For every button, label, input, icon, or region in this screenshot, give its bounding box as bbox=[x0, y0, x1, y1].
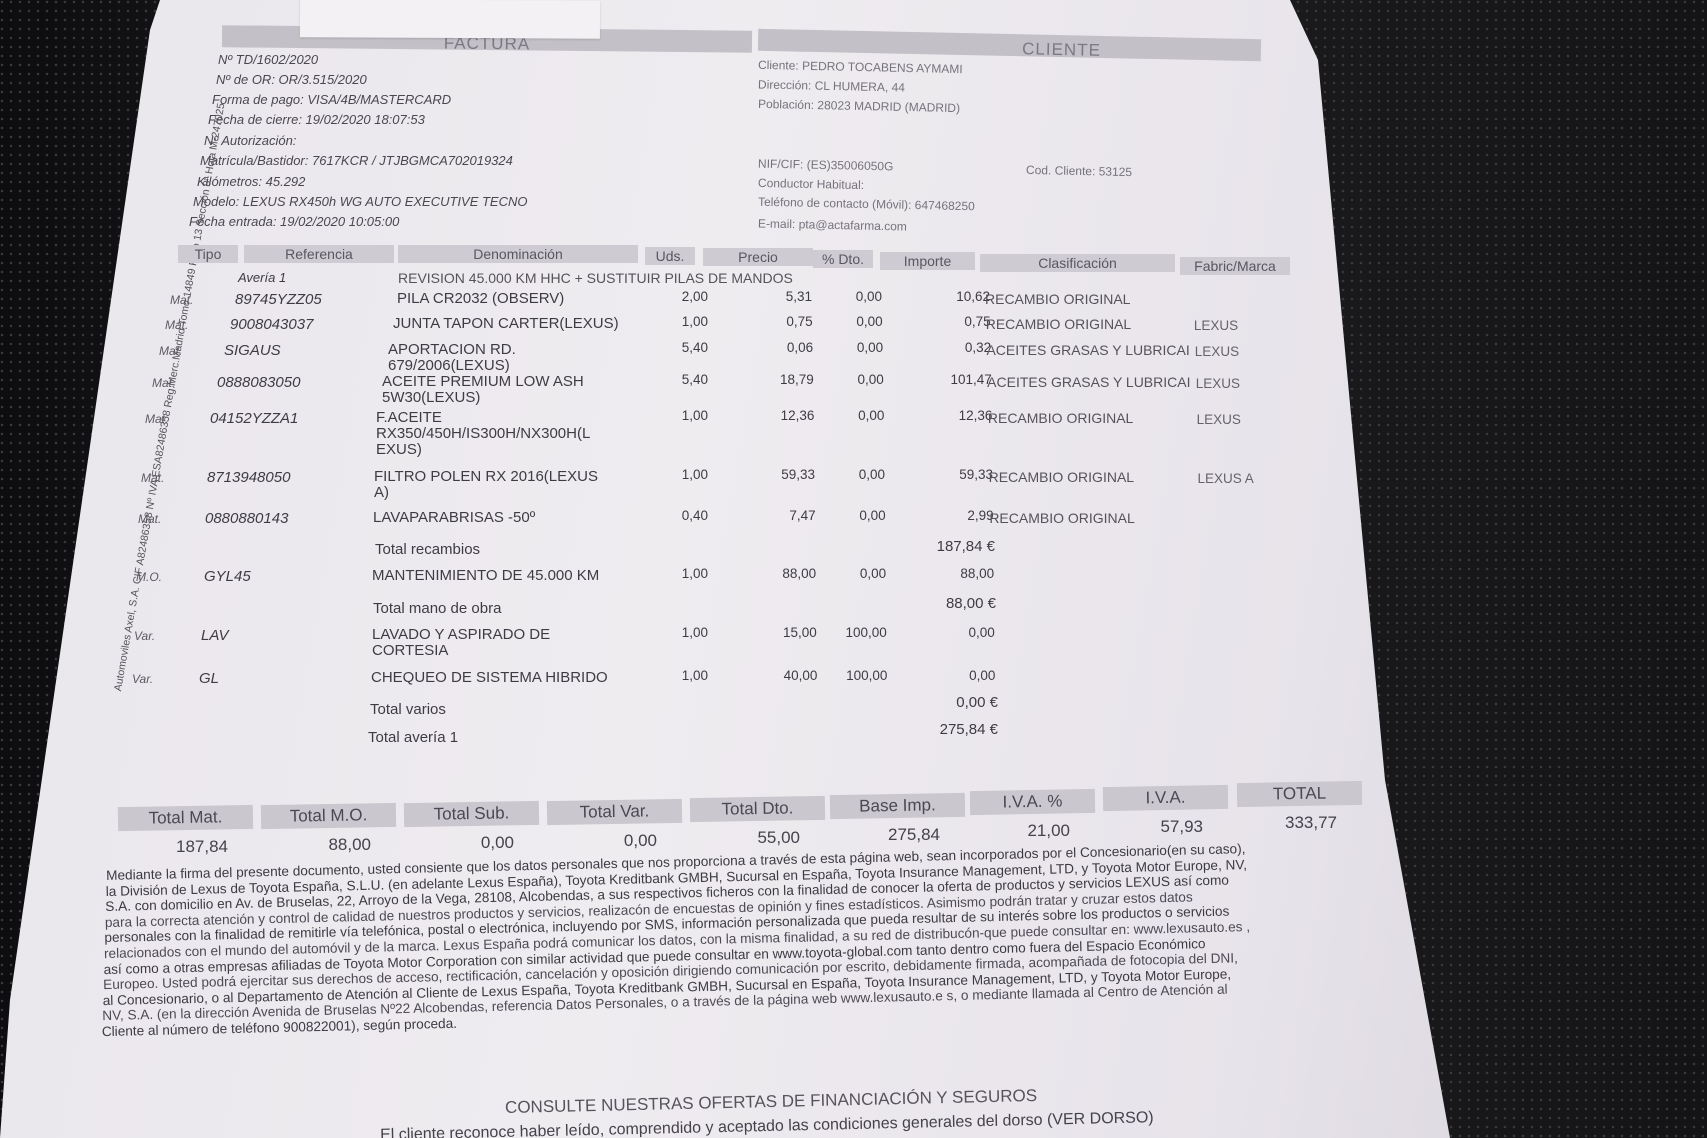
column-header-0: Tipo bbox=[178, 245, 238, 263]
cliente-section-title: CLIENTE bbox=[1022, 39, 1101, 61]
summary-header-4: Total Dto. bbox=[690, 796, 825, 822]
row-type: Mat. bbox=[141, 471, 164, 485]
row-reference: 9008043037 bbox=[230, 316, 313, 333]
column-header-4: Precio bbox=[703, 248, 813, 266]
row-amount: 59,33 bbox=[923, 467, 993, 482]
summary-header-0: Total Mat. bbox=[118, 805, 253, 831]
row-discount: 0,00 bbox=[823, 340, 883, 355]
row-price: 5,31 bbox=[752, 289, 812, 304]
row-type: Mat. bbox=[152, 376, 175, 390]
row-discount: 0,00 bbox=[825, 467, 885, 482]
summary-value-8: 333,77 bbox=[1237, 813, 1337, 833]
total-varios-label: Total varios bbox=[370, 701, 446, 718]
row-discount: 0,00 bbox=[822, 289, 882, 304]
column-header-5: % Dto. bbox=[813, 250, 873, 268]
averia-description: REVISION 45.000 KM HHC + SUSTITUIR PILAS… bbox=[398, 270, 793, 286]
row-discount: 0,00 bbox=[824, 408, 884, 423]
row-discount: 0,00 bbox=[823, 314, 883, 329]
row-brand: LEXUS bbox=[1194, 318, 1238, 333]
total-recambios-value: 187,84 € bbox=[905, 538, 995, 555]
row-reference: 8713948050 bbox=[207, 469, 290, 486]
row-price: 40,00 bbox=[757, 668, 817, 683]
row-description: ACEITE PREMIUM LOW ASH5W30(LEXUS) bbox=[382, 374, 584, 406]
summary-header-6: I.V.A. % bbox=[970, 789, 1095, 815]
row-discount: 100,00 bbox=[827, 668, 887, 683]
row-description: FILTRO POLEN RX 2016(LEXUSA) bbox=[374, 469, 598, 501]
row-type: Mat. bbox=[159, 344, 182, 358]
row-type: Var. bbox=[134, 629, 155, 643]
row-classification: RECAMBIO ORIGINAL bbox=[989, 510, 1134, 526]
row-amount: 0,32 bbox=[921, 340, 991, 355]
row-type: Mat. bbox=[170, 293, 193, 307]
row-price: 0,06 bbox=[753, 340, 813, 355]
row-discount: 100,00 bbox=[827, 625, 887, 640]
row-discount: 0,00 bbox=[826, 508, 886, 523]
row-units: 1,00 bbox=[648, 408, 708, 423]
row-reference: 04152YZZA1 bbox=[210, 410, 298, 427]
summary-header-3: Total Var. bbox=[547, 799, 682, 825]
row-reference: SIGAUS bbox=[224, 342, 281, 359]
row-units: 0,40 bbox=[648, 508, 708, 523]
row-units: 5,40 bbox=[648, 340, 708, 355]
column-header-8: Fabric/Marca bbox=[1180, 257, 1290, 275]
row-units: 2,00 bbox=[648, 289, 708, 304]
entry-date: Fecha entrada: 19/02/2020 10:05:00 bbox=[189, 214, 399, 229]
paper-sticker bbox=[300, 0, 600, 39]
row-price: 18,79 bbox=[754, 372, 814, 387]
total-mano-obra-label: Total mano de obra bbox=[373, 600, 501, 617]
row-amount: 0,00 bbox=[925, 625, 995, 640]
row-type: Mat. bbox=[138, 512, 161, 526]
row-amount: 0,00 bbox=[925, 668, 995, 683]
row-classification: RECAMBIO ORIGINAL bbox=[988, 410, 1133, 426]
row-reference: 0888083050 bbox=[217, 374, 300, 391]
row-amount: 0,75 bbox=[921, 314, 991, 329]
payment-method: Forma de pago: VISA/4B/MASTERCARD bbox=[212, 92, 451, 107]
row-amount: 2,99 bbox=[924, 508, 994, 523]
client-nif: NIF/CIF: (ES)35006050G bbox=[758, 157, 894, 174]
column-header-7: Clasificación bbox=[980, 254, 1175, 272]
row-brand: LEXUS bbox=[1197, 412, 1241, 427]
row-type: Mat. bbox=[145, 412, 168, 426]
summary-value-2: 0,00 bbox=[414, 833, 514, 853]
summary-value-7: 57,93 bbox=[1103, 817, 1203, 837]
or-number: Nº de OR: OR/3.515/2020 bbox=[216, 72, 367, 87]
row-description: APORTACION RD.679/2006(LEXUS) bbox=[388, 342, 516, 374]
row-classification: RECAMBIO ORIGINAL bbox=[985, 291, 1130, 307]
row-units: 1,00 bbox=[648, 668, 708, 683]
summary-value-1: 88,00 bbox=[271, 835, 371, 855]
total-recambios-label: Total recambios bbox=[375, 541, 480, 558]
total-averia-value: 275,84 € bbox=[908, 721, 998, 738]
column-header-1: Referencia bbox=[244, 245, 394, 263]
row-brand: LEXUS bbox=[1195, 344, 1239, 359]
row-units: 1,00 bbox=[648, 314, 708, 329]
row-amount: 12,36 bbox=[922, 408, 992, 423]
summary-value-0: 187,84 bbox=[128, 837, 228, 857]
summary-header-2: Total Sub. bbox=[404, 801, 539, 827]
total-mano-obra-value: 88,00 € bbox=[906, 595, 996, 612]
row-description: CHEQUEO DE SISTEMA HIBRIDO bbox=[371, 670, 608, 686]
row-reference: 0880880143 bbox=[205, 510, 288, 527]
row-price: 12,36 bbox=[754, 408, 814, 423]
row-price: 59,33 bbox=[755, 467, 815, 482]
column-header-6: Importe bbox=[880, 252, 975, 270]
column-header-2: Denominación bbox=[398, 245, 638, 263]
row-amount: 88,00 bbox=[924, 566, 994, 581]
row-classification: ACEITES GRASAS Y LUBRICAI bbox=[986, 342, 1189, 358]
row-description: LAVADO Y ASPIRADO DECORTESIA bbox=[372, 627, 550, 659]
row-brand: LEXUS bbox=[1196, 376, 1240, 391]
summary-value-5: 275,84 bbox=[840, 825, 940, 845]
privacy-legal-text: Mediante la firma del presente documento… bbox=[106, 838, 1375, 1039]
summary-value-4: 55,00 bbox=[700, 828, 800, 848]
row-price: 0,75 bbox=[753, 314, 813, 329]
row-brand: LEXUS A bbox=[1198, 471, 1254, 486]
habitual-driver: Conductor Habitual: bbox=[758, 176, 864, 192]
averia-label: Avería 1 bbox=[238, 270, 286, 285]
row-price: 88,00 bbox=[756, 566, 816, 581]
row-type: M.O. bbox=[136, 570, 162, 584]
row-units: 1,00 bbox=[648, 625, 708, 640]
row-reference: 89745YZZ05 bbox=[235, 291, 322, 308]
total-varios-value: 0,00 € bbox=[908, 694, 998, 711]
row-type: Mat. bbox=[165, 318, 188, 332]
row-discount: 0,00 bbox=[824, 372, 884, 387]
row-amount: 101,47 bbox=[922, 372, 992, 387]
row-description: MANTENIMIENTO DE 45.000 KM bbox=[372, 568, 599, 584]
row-classification: RECAMBIO ORIGINAL bbox=[986, 316, 1131, 332]
row-reference: GYL45 bbox=[204, 568, 251, 585]
row-description: F.ACEITERX350/450H/IS300H/NX300H(LEXUS) bbox=[376, 410, 590, 458]
vehicle-model: Modelo: LEXUS RX450h WG AUTO EXECUTIVE T… bbox=[193, 194, 528, 209]
summary-header-1: Total M.O. bbox=[261, 803, 396, 829]
summary-value-6: 21,00 bbox=[970, 821, 1070, 841]
column-header-3: Uds. bbox=[645, 247, 695, 265]
summary-header-7: I.V.A. bbox=[1103, 785, 1228, 811]
row-units: 5,40 bbox=[648, 372, 708, 387]
row-description: LAVAPARABRISAS -50º bbox=[373, 510, 535, 526]
total-averia-label: Total avería 1 bbox=[368, 729, 458, 746]
row-type: Var. bbox=[132, 672, 153, 686]
row-price: 15,00 bbox=[757, 625, 817, 640]
row-reference: LAV bbox=[201, 627, 229, 644]
row-units: 1,00 bbox=[648, 566, 708, 581]
row-units: 1,00 bbox=[648, 467, 708, 482]
row-price: 7,47 bbox=[756, 508, 816, 523]
row-amount: 10,62 bbox=[920, 289, 990, 304]
summary-value-3: 0,00 bbox=[557, 831, 657, 851]
row-discount: 0,00 bbox=[826, 566, 886, 581]
row-classification: RECAMBIO ORIGINAL bbox=[989, 469, 1134, 485]
invoice-number: Nº TD/1602/2020 bbox=[218, 52, 318, 67]
client-code: Cod. Cliente: 53125 bbox=[1026, 163, 1132, 179]
summary-header-8: TOTAL bbox=[1237, 781, 1362, 807]
plate-vin: Matrícula/Bastidor: 7617KCR / JTJBGMCA70… bbox=[200, 153, 513, 168]
row-description: JUNTA TAPON CARTER(LEXUS) bbox=[393, 316, 619, 332]
row-classification: ACEITES GRASAS Y LUBRICAI bbox=[987, 374, 1190, 390]
row-description: PILA CR2032 (OBSERV) bbox=[397, 291, 564, 307]
row-reference: GL bbox=[199, 670, 219, 687]
closing-date: Fecha de cierre: 19/02/2020 18:07:53 bbox=[208, 112, 425, 127]
summary-header-5: Base Imp. bbox=[830, 793, 965, 819]
